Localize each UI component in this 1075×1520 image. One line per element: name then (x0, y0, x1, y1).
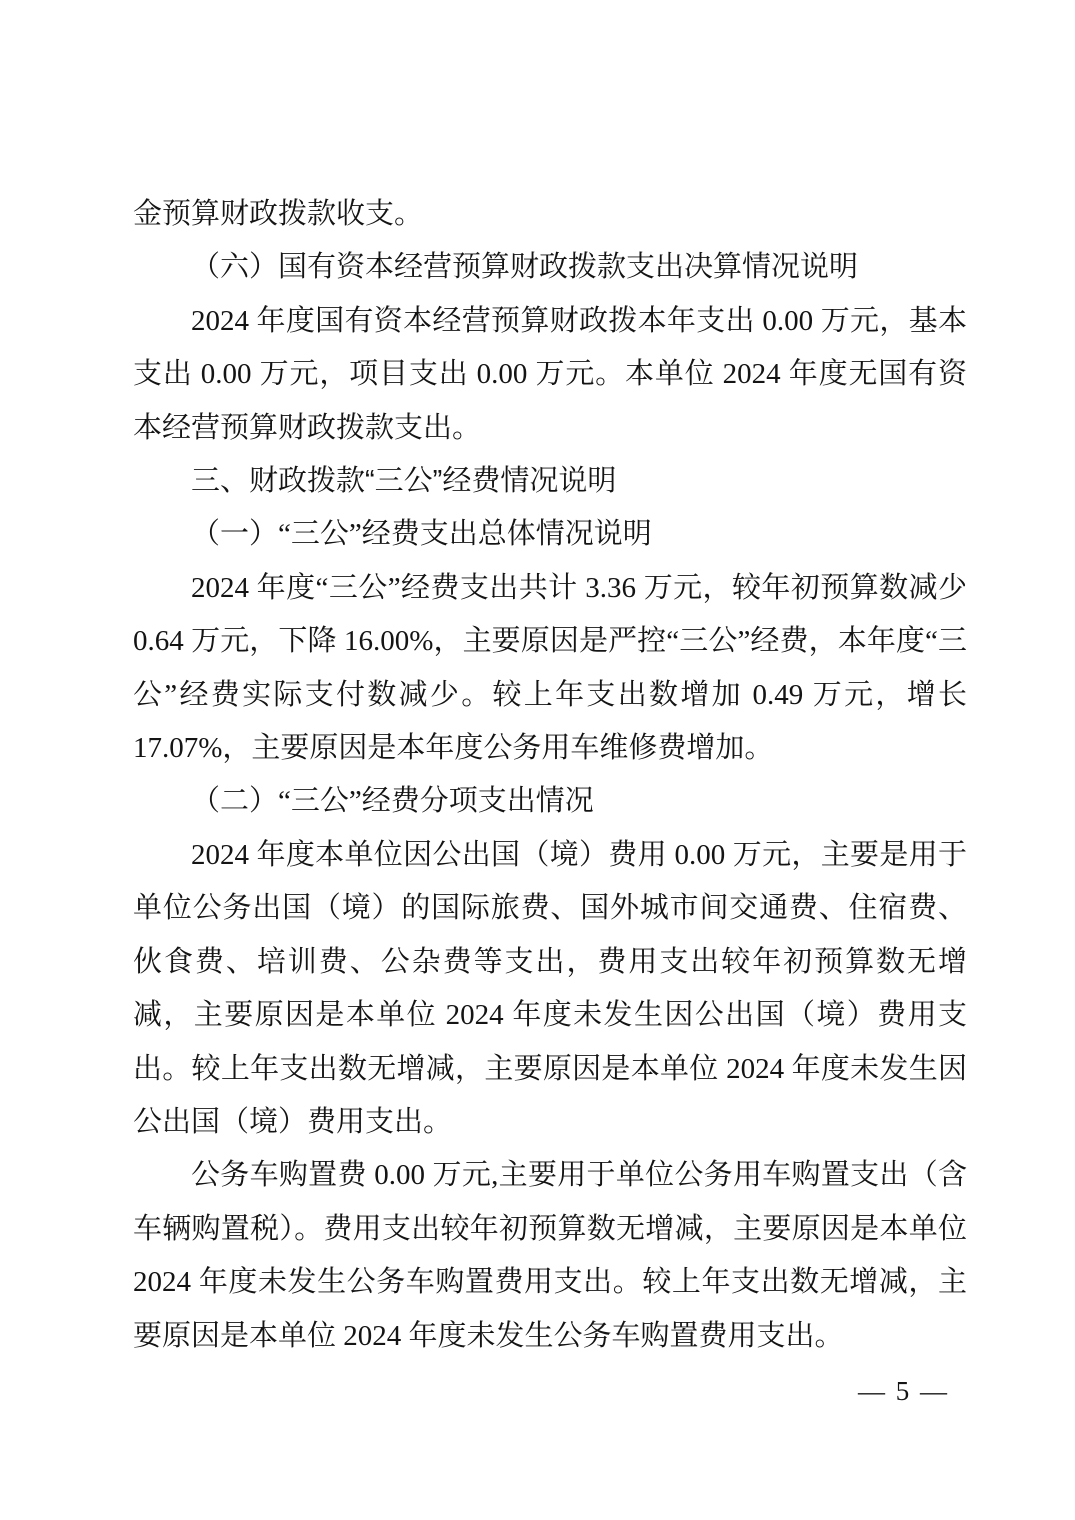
paragraph-continuation-fund-budget: 金预算财政拨款收支。 (133, 188, 967, 241)
paragraph-state-capital-expenditure: 2024 年度国有资本经营预算财政拨本年支出 0.00 万元，基本支出 0.00… (133, 295, 967, 455)
document-body: 金预算财政拨款收支。 （六）国有资本经营预算财政拨款支出决算情况说明 2024 … (133, 188, 967, 1363)
document-page: 金预算财政拨款收支。 （六）国有资本经营预算财政拨款支出决算情况说明 2024 … (0, 0, 1075, 1520)
paragraph-overseas-travel-expense: 2024 年度本单位因公出国（境）费用 0.00 万元，主要是用于单位公务出国（… (133, 829, 967, 1149)
page-number: — 5 — (858, 1374, 949, 1408)
heading-section-6-state-capital-expenditure: （六）国有资本经营预算财政拨款支出决算情况说明 (133, 241, 967, 294)
heading-part-3-three-public-funds: 三、财政拨款“三公”经费情况说明 (133, 455, 967, 508)
paragraph-official-vehicle-purchase-expense: 公务车购置费 0.00 万元,主要用于单位公务用车购置支出（含车辆购置税）。费用… (133, 1149, 967, 1363)
heading-sub-1-overall-expenditure: （一）“三公”经费支出总体情况说明 (133, 508, 967, 561)
heading-sub-2-itemized-expenditure: （二）“三公”经费分项支出情况 (133, 775, 967, 828)
paragraph-overall-three-public-expenditure: 2024 年度“三公”经费支出共计 3.36 万元，较年初预算数减少 0.64 … (133, 562, 967, 776)
